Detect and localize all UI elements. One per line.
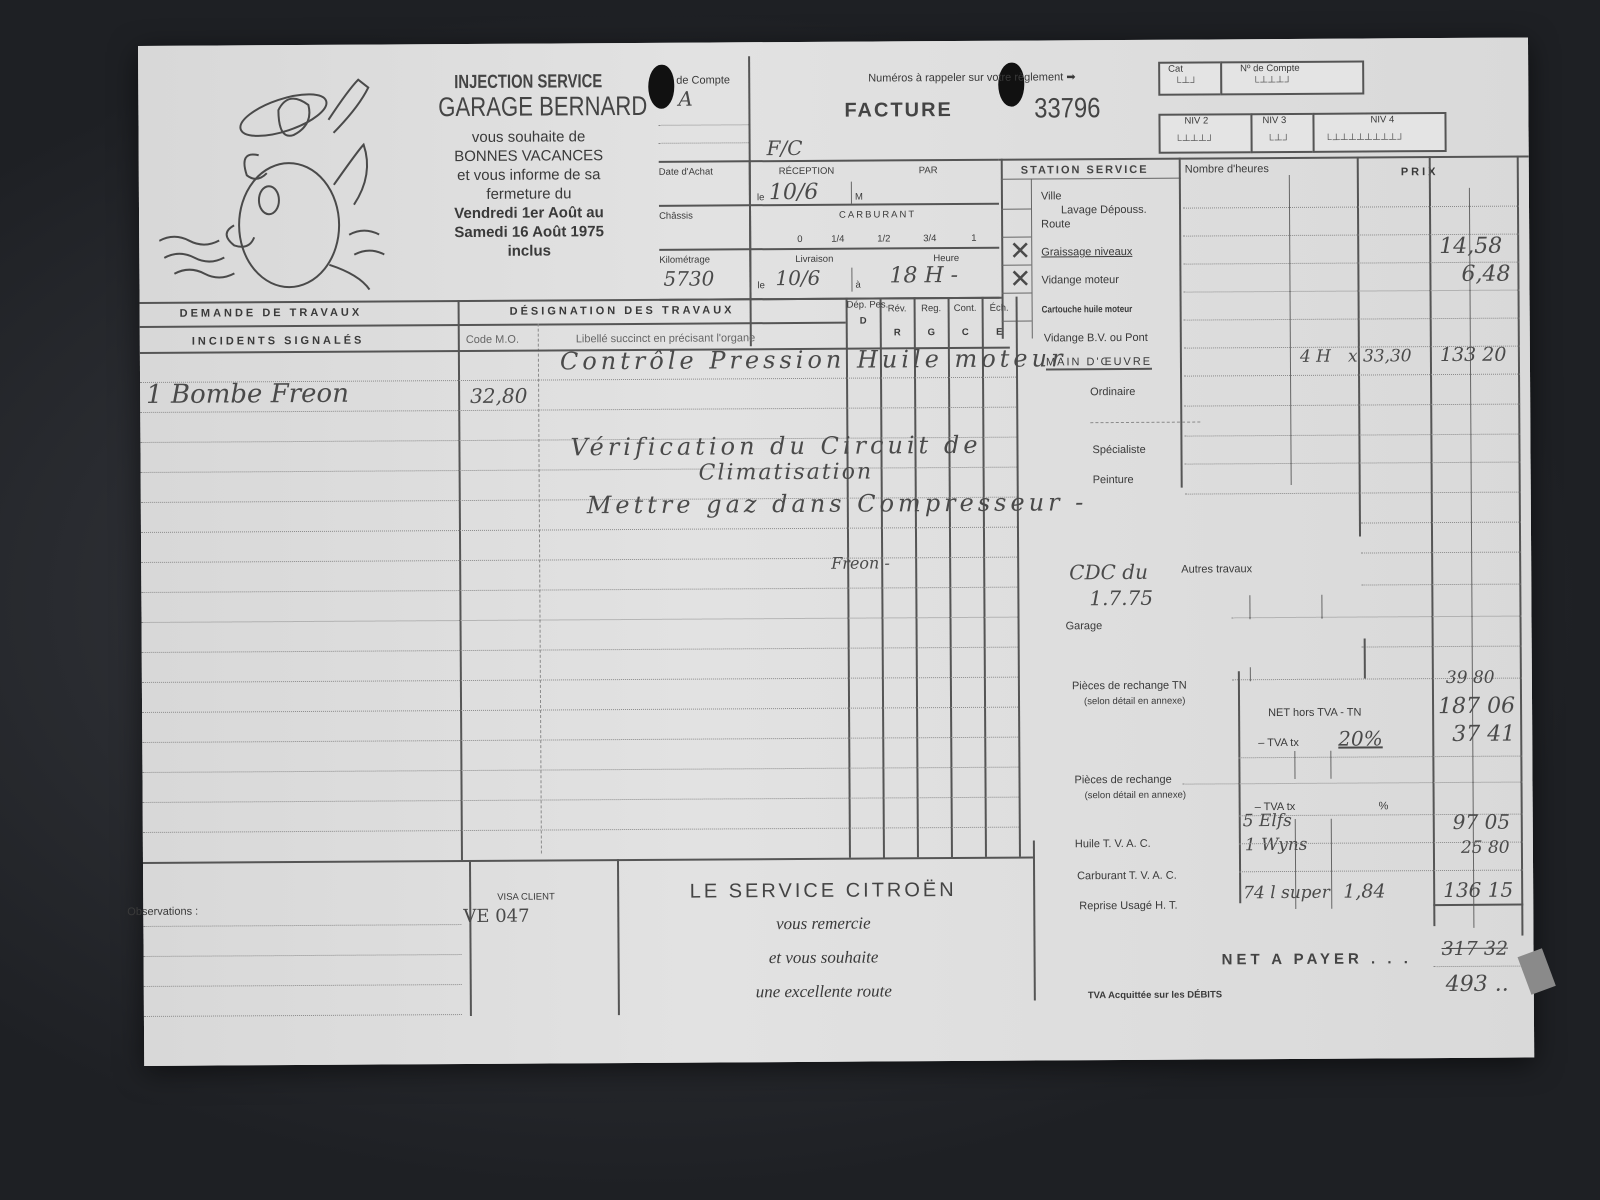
pieces-label: Pièces de rechange <box>1074 774 1171 787</box>
chassis-label: Châssis <box>659 211 693 222</box>
huile-note-2: 1 Wyns <box>1245 835 1308 855</box>
huile-value-2: 25 80 <box>1461 838 1510 858</box>
garage-name: GARAGE BERNARD <box>438 91 619 123</box>
net-a-payer-label: NET A PAYER . . . <box>1222 950 1412 968</box>
ordinaire-label: Ordinaire <box>1090 386 1135 398</box>
station-item-graissage: Graissage niveaux <box>1041 246 1132 259</box>
peinture-label: Peinture <box>1093 474 1134 486</box>
main-oeuvre-total: 133 20 <box>1440 344 1507 366</box>
designation-line-3: Climatisation <box>699 460 874 486</box>
demande-travaux-label: DEMANDE DE TRAVAUX <box>180 307 363 320</box>
net-hors-tva-label: NET hors TVA - TN <box>1268 707 1361 720</box>
main-oeuvre-hours: 4 H <box>1300 347 1331 367</box>
client-initials: F/C <box>767 136 803 160</box>
designation-line-4: Mettre gaz dans Compresseur - <box>587 488 1088 519</box>
carburant-value: 136 15 <box>1443 878 1513 902</box>
heure-value: 18 H - <box>889 263 958 288</box>
kilometrage-label: Kilométrage <box>659 255 710 266</box>
vidange-price: 6,48 <box>1461 262 1510 287</box>
cat-box: Cat └┴┘ <box>1158 61 1222 95</box>
promo-line-8: Samedi 16 Août 1975 <box>419 223 639 241</box>
autres-travaux-label: Autres travaux <box>1181 563 1252 575</box>
prix-label: PRIX <box>1401 166 1439 178</box>
col-header-dep: Dép. Pes. D <box>847 299 880 327</box>
account-label: de Compte <box>676 74 730 86</box>
carburant-unit: 1,84 <box>1343 880 1385 902</box>
livraison-date: 10/6 <box>775 266 820 290</box>
account-number-box: Nº de Compte └┴┴┴┘ <box>1220 61 1364 96</box>
date-achat-label: Date d'Achat <box>659 166 713 177</box>
station-item-route: Route <box>1041 218 1070 230</box>
huile-note-1: 5 Elfs <box>1243 811 1292 831</box>
huile-label: Huile T. V. A. C. <box>1075 838 1151 850</box>
punch-hole-left <box>648 65 674 109</box>
tva-label: – TVA tx <box>1258 737 1299 749</box>
station-item-vidange-moteur: Vidange moteur <box>1041 274 1119 286</box>
designation-line-5: Freon - <box>831 553 890 572</box>
note-cdc: CDC du <box>1069 560 1148 584</box>
station-service-title: STATION SERVICE <box>1021 164 1149 177</box>
reprise-label: Reprise Usagé H. T. <box>1079 900 1177 913</box>
promo-line-6: fermeture du <box>419 185 639 203</box>
niv4-box: NIV 4 └┴┴┴┴┴┴┴┴┘ <box>1312 112 1446 153</box>
check-mark-vidange-icon: ✕ <box>1009 265 1031 295</box>
reception-label: RÉCEPTION <box>779 166 835 177</box>
kilometrage-value: 5730 <box>663 266 714 290</box>
note-date: 1.7.75 <box>1089 586 1153 610</box>
observations-label: Observations : <box>127 906 198 918</box>
visa-client-label: VISA CLIENT <box>497 891 555 902</box>
tva2-rate: % <box>1379 800 1389 812</box>
designation-line-1: Contrôle Pression Huile moteur <box>560 344 1067 375</box>
reception-date: 10/6 <box>769 180 819 205</box>
graissage-price: 14,58 <box>1439 234 1502 259</box>
fuel-0: 0 <box>797 234 802 245</box>
promo-line-4: BONNES VACANCES <box>419 147 639 165</box>
huile-value-1: 97 05 <box>1453 810 1510 834</box>
col-header-rev: Rév. R <box>881 303 914 339</box>
net-a-payer-final: 493 .. <box>1446 972 1509 997</box>
fuel-full: 1 <box>971 233 976 244</box>
carburant-label: CARBURANT <box>839 209 916 220</box>
station-item-vidange-bv: Vidange B.V. ou Pont <box>1044 332 1148 345</box>
station-item-lavage: Lavage Dépouss. <box>1061 204 1147 217</box>
promo-line-3: vous souhaite de <box>419 128 639 146</box>
garage-label: Garage <box>1066 620 1103 632</box>
visa-client-value: VE 047 <box>463 906 529 927</box>
pieces-tn-label: Pièces de rechange TN <box>1072 680 1187 693</box>
par-label: PAR <box>919 165 938 176</box>
tva-value: 37 41 <box>1452 722 1515 747</box>
pieces-tn-sub: (selon détail en annexe) <box>1084 696 1185 708</box>
invoice-paper: INJECTION SERVICE GARAGE BERNARD vous so… <box>138 38 1534 1066</box>
livraison-label: Livraison <box>795 254 833 265</box>
invoice-label: FACTURE <box>844 99 953 123</box>
net-a-payer-struck: 317 32 <box>1441 938 1508 960</box>
col-header-ech: Éch. E <box>983 303 1016 339</box>
fish-rider-illustration-icon <box>158 64 399 295</box>
main-oeuvre-rate: x 33,30 <box>1348 346 1412 366</box>
code-mo-1: 32,80 <box>470 384 527 408</box>
designation-line-2: Vérification du Circuit de <box>570 431 981 462</box>
tva-rate: 20% <box>1338 726 1383 750</box>
designation-label: DÉSIGNATION DES TRAVAUX <box>510 304 735 317</box>
code-mo-label: Code M.O. <box>466 334 519 346</box>
punch-hole-right <box>998 63 1024 107</box>
citroen-line-3: une excellente route <box>624 981 1024 1003</box>
citroen-title: LE SERVICE CITROËN <box>623 879 1023 904</box>
reminder-text: Numéros à rappeler sur votre règlement ➡ <box>868 70 1075 84</box>
incident-1: 1 Bombe Freon <box>146 379 349 410</box>
pieces-sub: (selon détail en annexe) <box>1085 790 1186 802</box>
libelle-label: Libellé succinct en précisant l'organe <box>576 332 756 345</box>
nombre-heures-label: Nombre d'heures <box>1185 163 1269 176</box>
station-item-cartouche: Cartouche huile moteur <box>1042 304 1133 316</box>
col-header-reg: Reg. G <box>915 303 948 339</box>
niv2-box: NIV 2 └┴┴┴┘ <box>1158 113 1252 154</box>
tva-acquittee: TVA Acquittée sur les DÉBITS <box>1088 989 1222 1001</box>
fuel-half: 1/2 <box>877 233 890 244</box>
station-item-ville: Ville <box>1041 190 1062 202</box>
citroen-line-2: et vous souhaite <box>624 947 1024 969</box>
citroen-line-1: vous remercie <box>623 913 1023 935</box>
specialiste-label: Spécialiste <box>1092 444 1145 456</box>
fuel-three-quarter: 3/4 <box>923 233 936 244</box>
account-value: A <box>678 87 693 111</box>
pieces-tn-value: 39 80 <box>1446 668 1495 688</box>
carburant-label: Carburant T. V. A. C. <box>1077 870 1177 883</box>
niv3-box: NIV 3 └┴┘ <box>1250 113 1314 153</box>
promo-line-5: et vous informe de sa <box>419 166 639 184</box>
invoice-number: 33796 <box>1034 92 1100 124</box>
promo-line-9: inclus <box>419 242 639 260</box>
carburant-note: 74 l super <box>1243 883 1330 904</box>
net-hors-tva-value: 187 06 <box>1438 694 1515 719</box>
check-mark-graissage-icon: ✕ <box>1009 237 1031 267</box>
incidents-label: INCIDENTS SIGNALÉS <box>192 335 365 348</box>
promo-line-7: Vendredi 1er Août au <box>419 204 639 222</box>
fuel-quarter: 1/4 <box>831 234 844 245</box>
col-header-cont: Cont. C <box>949 303 982 339</box>
